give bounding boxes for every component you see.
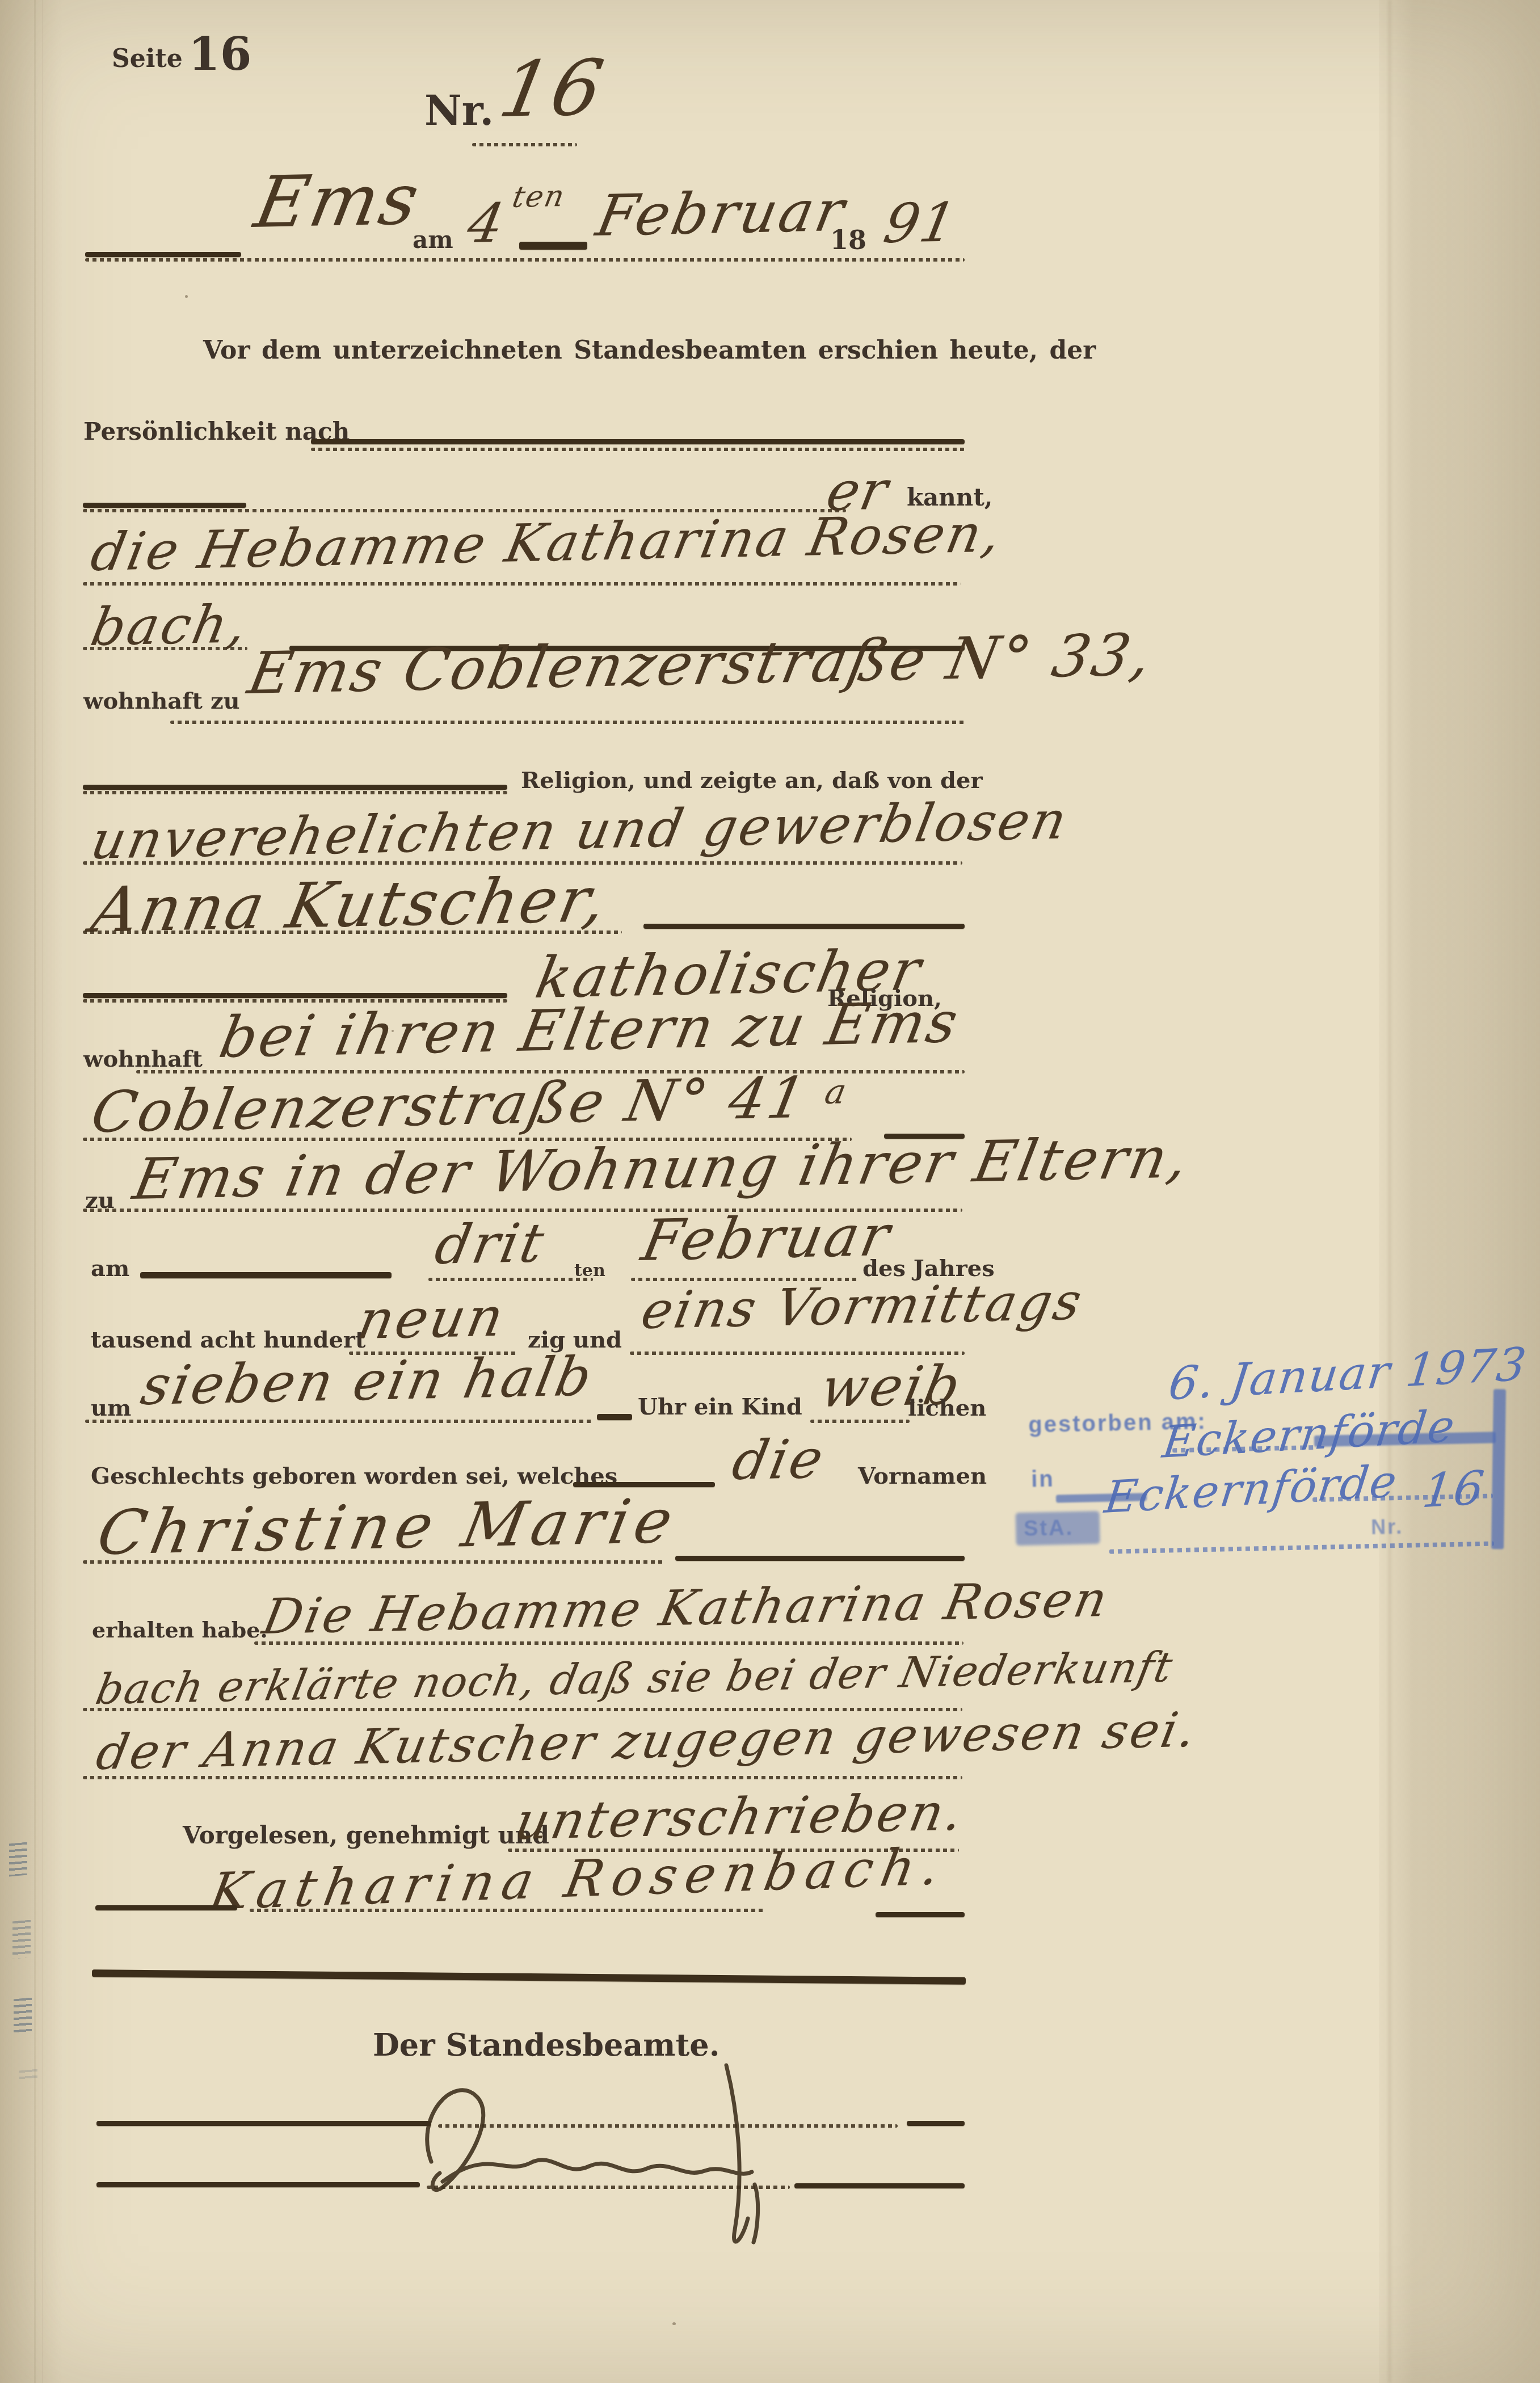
ruled-line-dotted	[83, 1776, 962, 1779]
ruled-line-dotted	[83, 582, 961, 586]
ruled-line-dotted	[311, 448, 965, 451]
ruled-line-solid	[92, 1969, 966, 1984]
record-year-handwritten: 91	[879, 191, 962, 255]
record-place-handwritten: Ems	[249, 158, 427, 244]
ruled-line-solid	[83, 785, 507, 790]
ruled-line-dotted	[254, 1641, 963, 1645]
ruled-line-solid	[83, 503, 246, 508]
page-edge-crease	[1388, 0, 1391, 2383]
seite-label: Seite	[112, 44, 183, 73]
binding-stitch-mark	[14, 1998, 32, 2035]
ruled-line-dotted	[438, 2124, 898, 2128]
declarant-line1-handwritten: die Hebamme Katharina Rosen,	[86, 503, 1008, 583]
erhalten-label: erhalten habe.	[92, 1617, 268, 1643]
registrar-signature	[363, 2043, 897, 2270]
binding-stitch-mark	[9, 1842, 27, 1877]
closing-line3-handwritten: der Anna Kutscher zugegen gewesen sei.	[92, 1702, 1202, 1781]
geschlechts-label: Geschlechts geboren worden sei, welches	[91, 1463, 617, 1489]
wohnhaft-label: wohnhaft	[83, 1046, 203, 1072]
document-page: Seite 16 Nr. 16 Ems am 4 ten Februar 18 …	[0, 0, 1540, 2383]
ruled-line-dotted	[428, 1278, 593, 1281]
stamp-nr-label: Nr.	[1371, 1515, 1404, 1539]
record-month-handwritten: Februar	[591, 178, 852, 249]
wohnhaft-zu-label: wohnhaft zu	[83, 688, 240, 714]
ruled-line-dotted	[85, 1420, 593, 1423]
closing-line2-handwritten: bach erklärte noch, daß sie bei der Nied…	[92, 1643, 1177, 1714]
binding-stitch-mark	[19, 2069, 37, 2082]
ruled-line-solid	[876, 1912, 965, 1917]
ruled-line-solid	[95, 1905, 237, 1910]
page-number: 16	[188, 27, 251, 81]
birth-month-handwritten: Februar	[637, 1202, 897, 1274]
ruled-line-solid	[597, 1414, 632, 1420]
mother-address-suffix-handwritten: a	[822, 1072, 851, 1112]
stamp-nr-value-handwritten: 16	[1420, 1461, 1488, 1518]
ruled-line-solid	[643, 924, 965, 929]
ruled-line-solid	[96, 2121, 431, 2126]
ruled-line-solid	[83, 993, 507, 998]
birth-time-handwritten: sieben ein halb	[136, 1345, 599, 1417]
nr-label: Nr.	[424, 86, 494, 134]
record-day-suffix-handwritten: ten	[510, 179, 568, 214]
tausend-label: tausend acht hundert	[91, 1327, 365, 1353]
stamp-border-bar	[1491, 1389, 1506, 1549]
intro-line: Vor dem unterzeichneten Standesbeamten e…	[203, 336, 1096, 365]
vorgelesen-label: Vorgelesen, genehmigt und	[183, 1821, 549, 1849]
vornamen-label: Vornamen	[858, 1463, 987, 1489]
sta-place-handwritten: Eckernförde	[1102, 1456, 1400, 1523]
ruled-line-dotted	[170, 721, 965, 724]
year-printed-prefix: 18	[830, 225, 866, 255]
paper-speck	[185, 295, 188, 298]
mother-status-handwritten: unverehelichten und gewerblosen	[86, 790, 1074, 871]
sta-label: StA.	[1024, 1516, 1074, 1542]
declarant-address-handwritten: Ems Coblenzerstraße N° 33,	[243, 621, 1159, 708]
record-number-handwritten: 16	[493, 43, 612, 134]
binding-crease	[34, 0, 36, 2383]
year-ones-time-handwritten: eins Vormittags	[637, 1272, 1088, 1341]
ruled-line-dotted	[427, 2186, 790, 2189]
ruled-line-solid	[311, 439, 965, 444]
ruled-line-solid	[907, 2121, 965, 2126]
record-day-handwritten: 4	[462, 192, 510, 255]
ruled-line-dotted	[83, 1560, 664, 1564]
uhr-ein-kind-label: Uhr ein Kind	[638, 1393, 802, 1420]
ruled-line-dotted	[83, 861, 962, 865]
mother-address-handwritten: Coblenzerstraße N° 41	[86, 1064, 813, 1146]
ruled-line-dotted	[83, 791, 507, 794]
year-decade-handwritten: neun	[353, 1286, 511, 1352]
ruled-line-solid	[96, 2182, 420, 2187]
ruled-line-solid	[140, 1272, 392, 1278]
ruled-line-dotted	[810, 1420, 910, 1423]
page-edge-shadow	[1379, 0, 1540, 2383]
ruled-line-dotted	[85, 258, 965, 262]
ruled-line-solid	[794, 2183, 965, 2188]
closing-line1-handwritten: Die Hebamme Katharina Rosen	[258, 1571, 1114, 1645]
ruled-line-solid	[519, 242, 587, 250]
ruled-line-dotted	[250, 1909, 766, 1912]
in-label: in	[1031, 1467, 1055, 1493]
binding-stitch-mark	[12, 1920, 31, 1959]
am-label: am	[413, 226, 453, 254]
ruled-line-solid	[675, 1556, 965, 1561]
ruled-line-dotted	[472, 143, 577, 146]
um-label: um	[91, 1395, 131, 1421]
religion-zeigte-label: Religion, und zeigte an, daß von der	[521, 767, 983, 794]
ruled-line-dotted	[83, 647, 247, 650]
lichen-label: lichen	[908, 1395, 986, 1421]
persoenlichkeit-label: Persönlichkeit nach	[83, 418, 350, 445]
binding-crease	[42, 0, 43, 2383]
am-birth-label: am	[91, 1255, 129, 1282]
birth-day-handwritten: drit	[430, 1212, 551, 1277]
child-name-handwritten: Christine Marie	[92, 1486, 684, 1569]
paper-speck	[672, 2322, 676, 2325]
ruled-line-dotted	[83, 931, 622, 934]
ruled-line-solid	[85, 252, 241, 257]
ruled-line-dotted	[630, 1352, 965, 1355]
die-handwritten: die	[727, 1428, 830, 1492]
